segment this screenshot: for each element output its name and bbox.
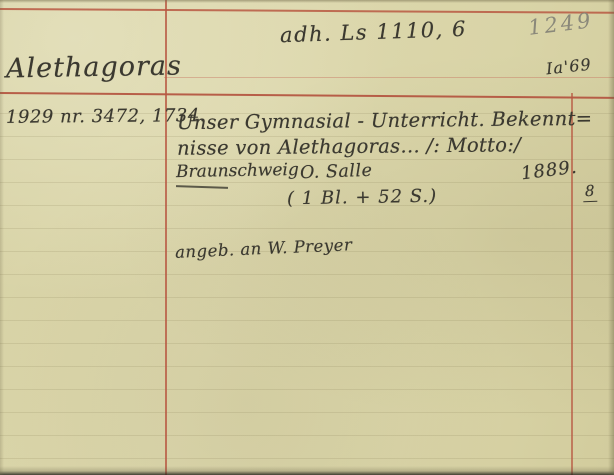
printed-rule-vertical-right-margin [571,93,573,475]
imprint-place-underline [176,185,228,189]
printed-rule-header [0,92,614,99]
imprint-publisher: O. Salle [300,161,373,184]
corner-date-note: Ia'69 [545,55,592,79]
imprint-year: 1889. [520,157,579,185]
scan-edge-left [0,0,4,475]
card-heading: Alethagoras [6,50,182,84]
title-line-1: Unser Gymnasial - Unterricht. Bekennt= [177,107,593,134]
printed-rule-top [0,8,614,13]
scan-edge-top [0,0,614,3]
pencil-number: 1249 [527,8,595,40]
shelfmark-note: adh. Ls 1110, 6 [280,17,468,48]
binding-note: angeb. an W. Preyer [175,235,353,262]
scan-edge-right [608,0,614,475]
catalog-card: Alethagoras adh. Ls 1110, 6 1249 Ia'69 1… [0,0,614,475]
scan-edge-bottom [0,466,614,475]
scanned-catalog-card-page: Alethagoras adh. Ls 1110, 6 1249 Ia'69 1… [0,0,614,475]
title-line-2: nisse von Alethagoras... /: Motto:/ [177,133,521,160]
margin-format-number: 8 [583,182,597,202]
imprint-place: Braunschweig [176,160,299,182]
collation-statement: ( 1 Bl. + 52 S.) [287,186,438,210]
